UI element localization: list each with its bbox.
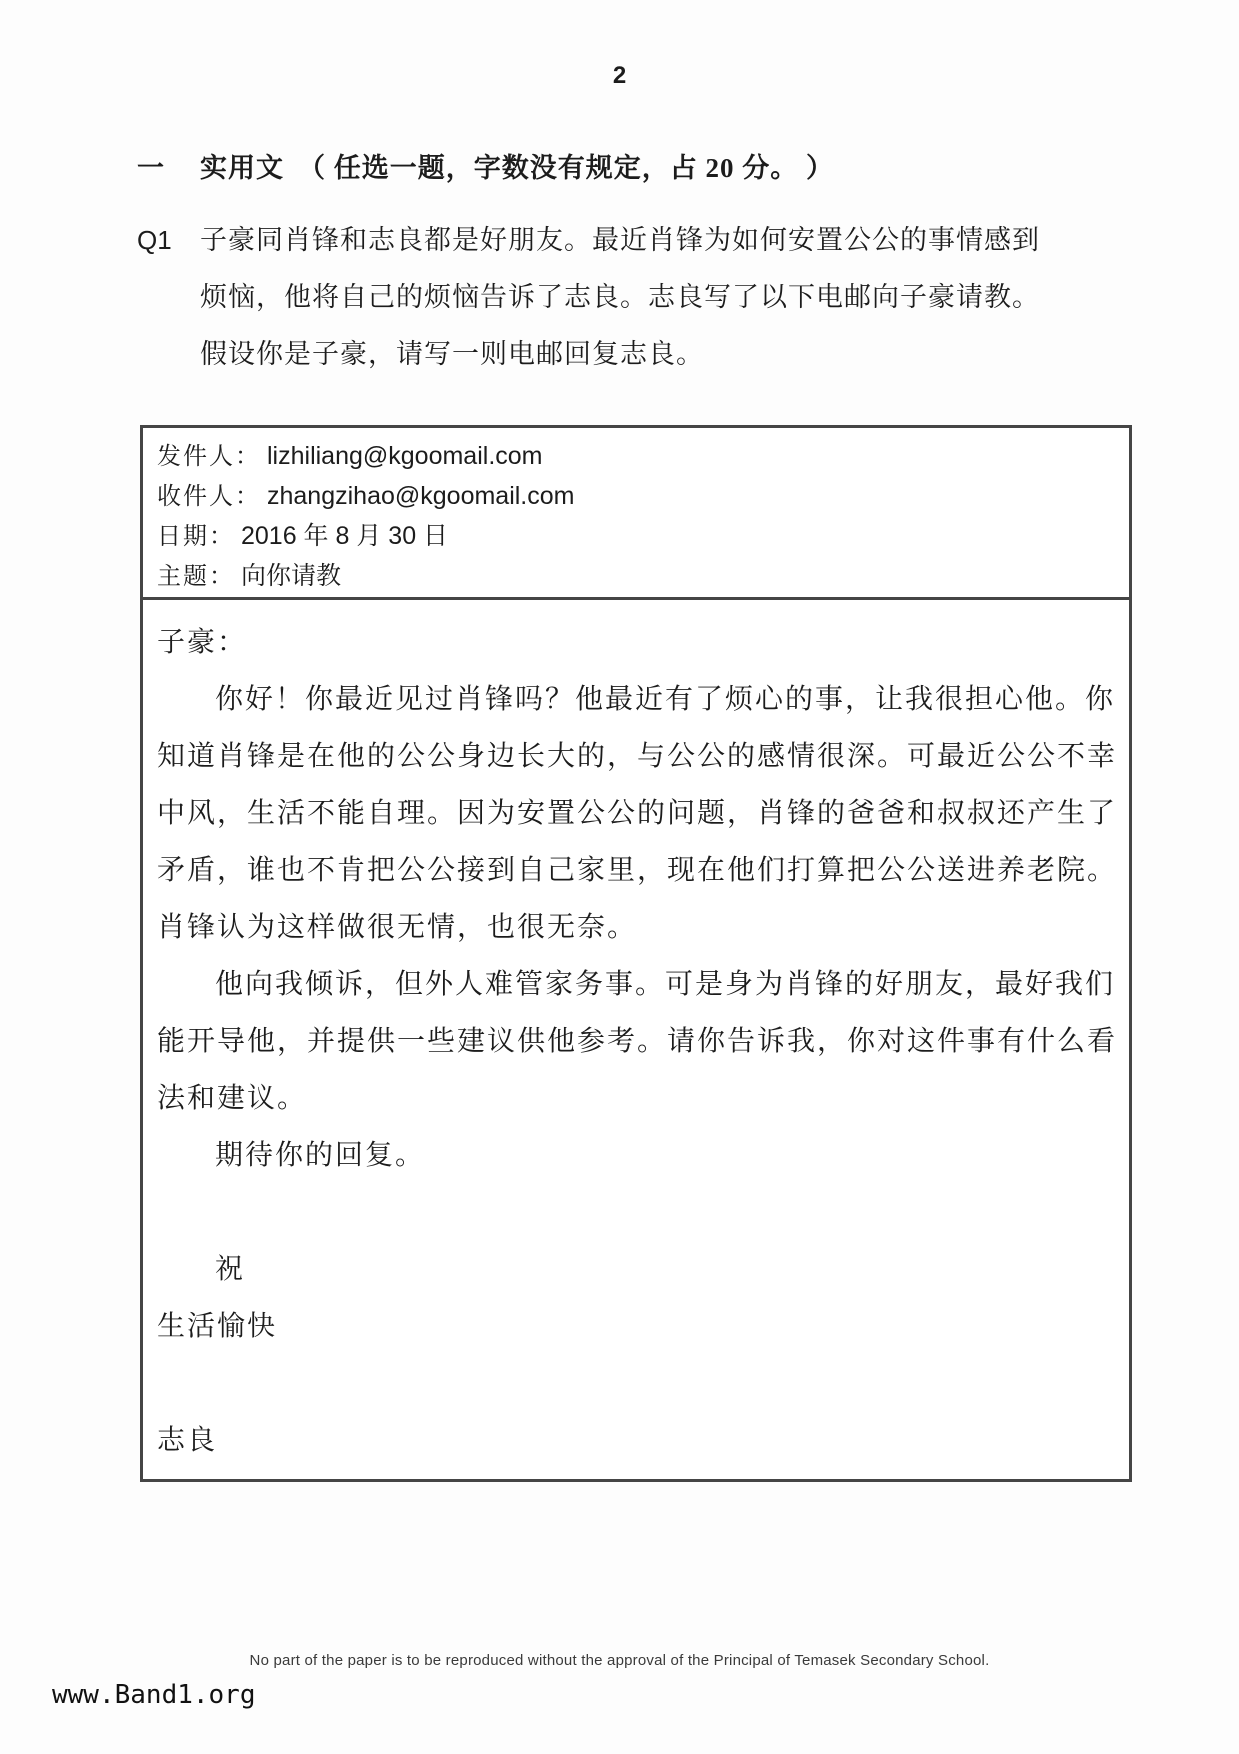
email-from-field: 发件人： lizhiliang@kgoomail.com — [157, 436, 1129, 476]
email-from-label: 发件人： — [157, 437, 261, 477]
email-signature: 志良 — [157, 1412, 1115, 1469]
email-body-line: 能开导他，并提供一些建议供他参考。请你告诉我，你对这件事有什么看 — [157, 1013, 1115, 1070]
email-body-line: 他向我倾诉，但外人难管家务事。可是身为肖锋的好朋友，最好我们 — [157, 956, 1115, 1013]
email-wish-phrase: 生活愉快 — [157, 1298, 1115, 1355]
question-label: Q1 — [137, 212, 200, 383]
email-body-line: 法和建议。 — [157, 1070, 1115, 1127]
email-date-value: 2016 年 8 月 30 日 — [241, 516, 448, 556]
blank-line — [157, 1355, 1115, 1412]
email-closing-line: 期待你的回复。 — [157, 1127, 1115, 1184]
exam-paper-page: 2 一 实用文 （ 任选一题，字数没有规定，占 20 分。 ） Q1 子豪同肖锋… — [0, 0, 1239, 1754]
email-to-value: zhangzihao@kgoomail.com — [267, 476, 574, 516]
watermark-url: www.Band1.org — [52, 1680, 256, 1710]
email-to-label: 收件人： — [157, 477, 261, 517]
footer-copyright-notice: No part of the paper is to be reproduced… — [0, 1652, 1239, 1669]
section-heading: 一 实用文 （ 任选一题，字数没有规定，占 20 分。 ） — [137, 146, 834, 185]
email-body: 子豪： 你好！你最近见过肖锋吗？他最近有了烦心的事，让我很担心他。你 知道肖锋是… — [143, 600, 1129, 1469]
blank-line — [157, 1184, 1115, 1241]
email-from-value: lizhiliang@kgoomail.com — [267, 436, 543, 476]
section-note: （ 任选一题，字数没有规定，占 20 分。 ） — [298, 146, 834, 185]
email-body-line: 肖锋认为这样做很无情，也很无奈。 — [157, 899, 1115, 956]
email-body-line: 你好！你最近见过肖锋吗？他最近有了烦心的事，让我很担心他。你 — [157, 671, 1115, 728]
email-header: 发件人： lizhiliang@kgoomail.com 收件人： zhangz… — [143, 428, 1129, 600]
question-text: 子豪同肖锋和志良都是好朋友。最近肖锋为如何安置公公的事情感到 烦恼，他将自己的烦… — [200, 212, 1030, 383]
email-date-field: 日期： 2016 年 8 月 30 日 — [157, 516, 1129, 556]
email-subject-label: 主题： — [157, 557, 235, 597]
email-box: 发件人： lizhiliang@kgoomail.com 收件人： zhangz… — [140, 425, 1132, 1482]
question-q1: Q1 子豪同肖锋和志良都是好朋友。最近肖锋为如何安置公公的事情感到 烦恼，他将自… — [137, 212, 1030, 383]
question-line: 假设你是子豪，请写一则电邮回复志良。 — [200, 326, 1030, 383]
page-number: 2 — [0, 62, 1239, 90]
email-date-label: 日期： — [157, 517, 235, 557]
email-body-line: 中风，生活不能自理。因为安置公公的问题，肖锋的爸爸和叔叔还产生了 — [157, 785, 1115, 842]
email-body-line: 知道肖锋是在他的公公身边长大的，与公公的感情很深。可最近公公不幸 — [157, 728, 1115, 785]
email-wish-word: 祝 — [157, 1241, 1115, 1298]
section-title: 实用文 — [200, 146, 284, 185]
section-index: 一 — [137, 146, 200, 185]
email-body-line: 矛盾，谁也不肯把公公接到自己家里，现在他们打算把公公送进养老院。 — [157, 842, 1115, 899]
email-salutation: 子豪： — [157, 614, 1115, 671]
question-line: 烦恼，他将自己的烦恼告诉了志良。志良写了以下电邮向子豪请教。 — [200, 269, 1030, 326]
email-to-field: 收件人： zhangzihao@kgoomail.com — [157, 476, 1129, 516]
question-line: 子豪同肖锋和志良都是好朋友。最近肖锋为如何安置公公的事情感到 — [200, 212, 1030, 269]
email-subject-value: 向你请教 — [241, 556, 341, 596]
email-subject-field: 主题： 向你请教 — [157, 556, 1129, 596]
